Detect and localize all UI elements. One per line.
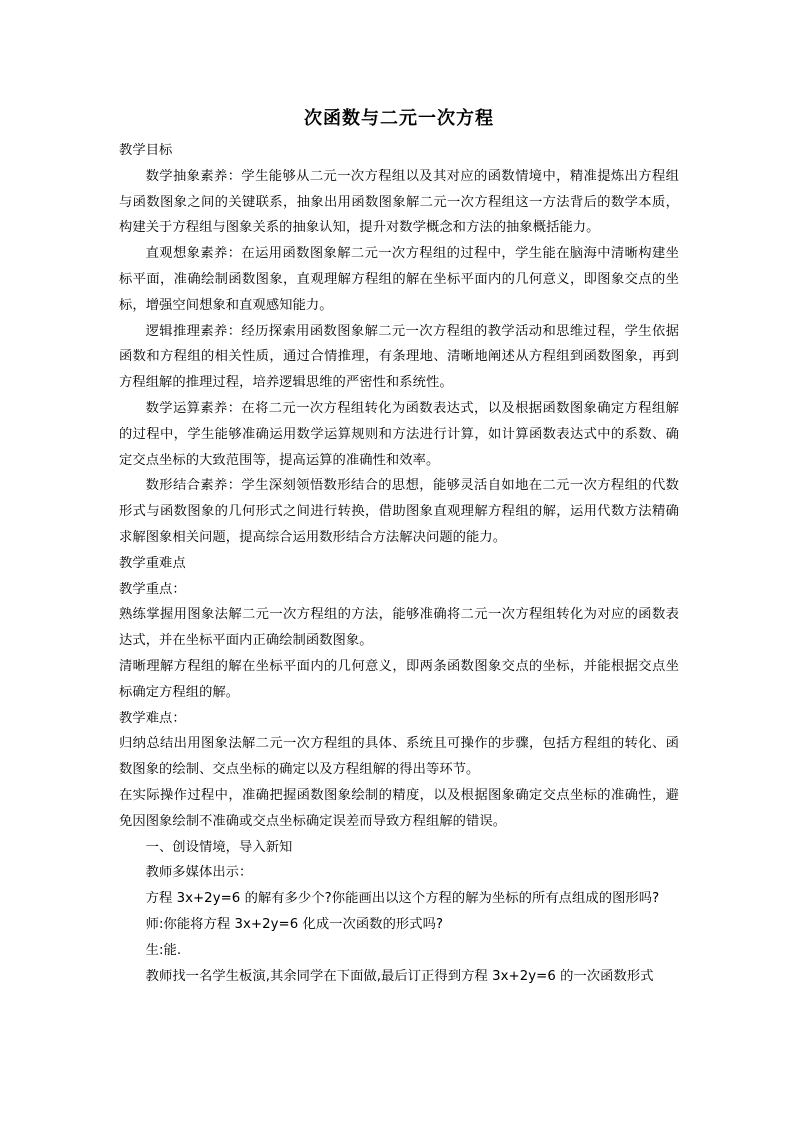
objective-paragraph: 直观想象素养：在运用函数图象解二元一次方程组的过程中，学生能在脑海中清晰构建坐标… xyxy=(119,241,679,318)
process-paragraph: 师:你能将方程 3x+2y=6 化成一次函数的形式吗? xyxy=(119,912,679,938)
process-paragraph: 教师找一名学生板演,其余同学在下面做,最后订正得到方程 3x+2y=6 的一次函… xyxy=(119,964,679,990)
section-heading-key-difficult: 教学重难点 xyxy=(119,551,679,577)
subheading-key-points: 教学重点： xyxy=(119,577,679,603)
process-step-heading: 一、创设情境，导入新知 xyxy=(119,835,679,861)
section-heading-objectives: 教学目标 xyxy=(119,138,679,164)
subheading-difficult-points: 教学难点： xyxy=(119,706,679,732)
document-page: 次函数与二元一次方程 教学目标 数学抽象素养：学生能够从二元一次方程组以及其对应… xyxy=(119,104,679,989)
difficult-point-paragraph: 归纳总结出用图象法解二元一次方程组的具体、系统且可操作的步骤，包括方程组的转化、… xyxy=(119,731,679,783)
process-paragraph: 教师多媒体出示： xyxy=(119,860,679,886)
key-point-paragraph: 熟练掌握用图象法解二元一次方程组的方法，能够准确将二元一次方程组转化为对应的函数… xyxy=(119,602,679,654)
key-point-paragraph: 清晰理解方程组的解在坐标平面内的几何意义，即两条函数图象交点的坐标，并能根据交点… xyxy=(119,654,679,706)
process-paragraph: 生:能. xyxy=(119,938,679,964)
objective-paragraph: 数学抽象素养：学生能够从二元一次方程组以及其对应的函数情境中，精准提炼出方程组与… xyxy=(119,164,679,241)
objective-paragraph: 数学运算素养：在将二元一次方程组转化为函数表达式，以及根据函数图象确定方程组解的… xyxy=(119,396,679,473)
objective-paragraph: 数形结合素养：学生深刻领悟数形结合的思想，能够灵活自如地在二元一次方程组的代数形… xyxy=(119,473,679,550)
objective-paragraph: 逻辑推理素养：经历探索用函数图象解二元一次方程组的教学活动和思维过程，学生依据函… xyxy=(119,319,679,396)
document-title: 次函数与二元一次方程 xyxy=(119,104,679,134)
difficult-point-paragraph: 在实际操作过程中，准确把握函数图象绘制的精度，以及根据图象确定交点坐标的准确性，… xyxy=(119,783,679,835)
process-paragraph: 方程 3x+2y=6 的解有多少个?你能画出以这个方程的解为坐标的所有点组成的图… xyxy=(119,886,679,912)
